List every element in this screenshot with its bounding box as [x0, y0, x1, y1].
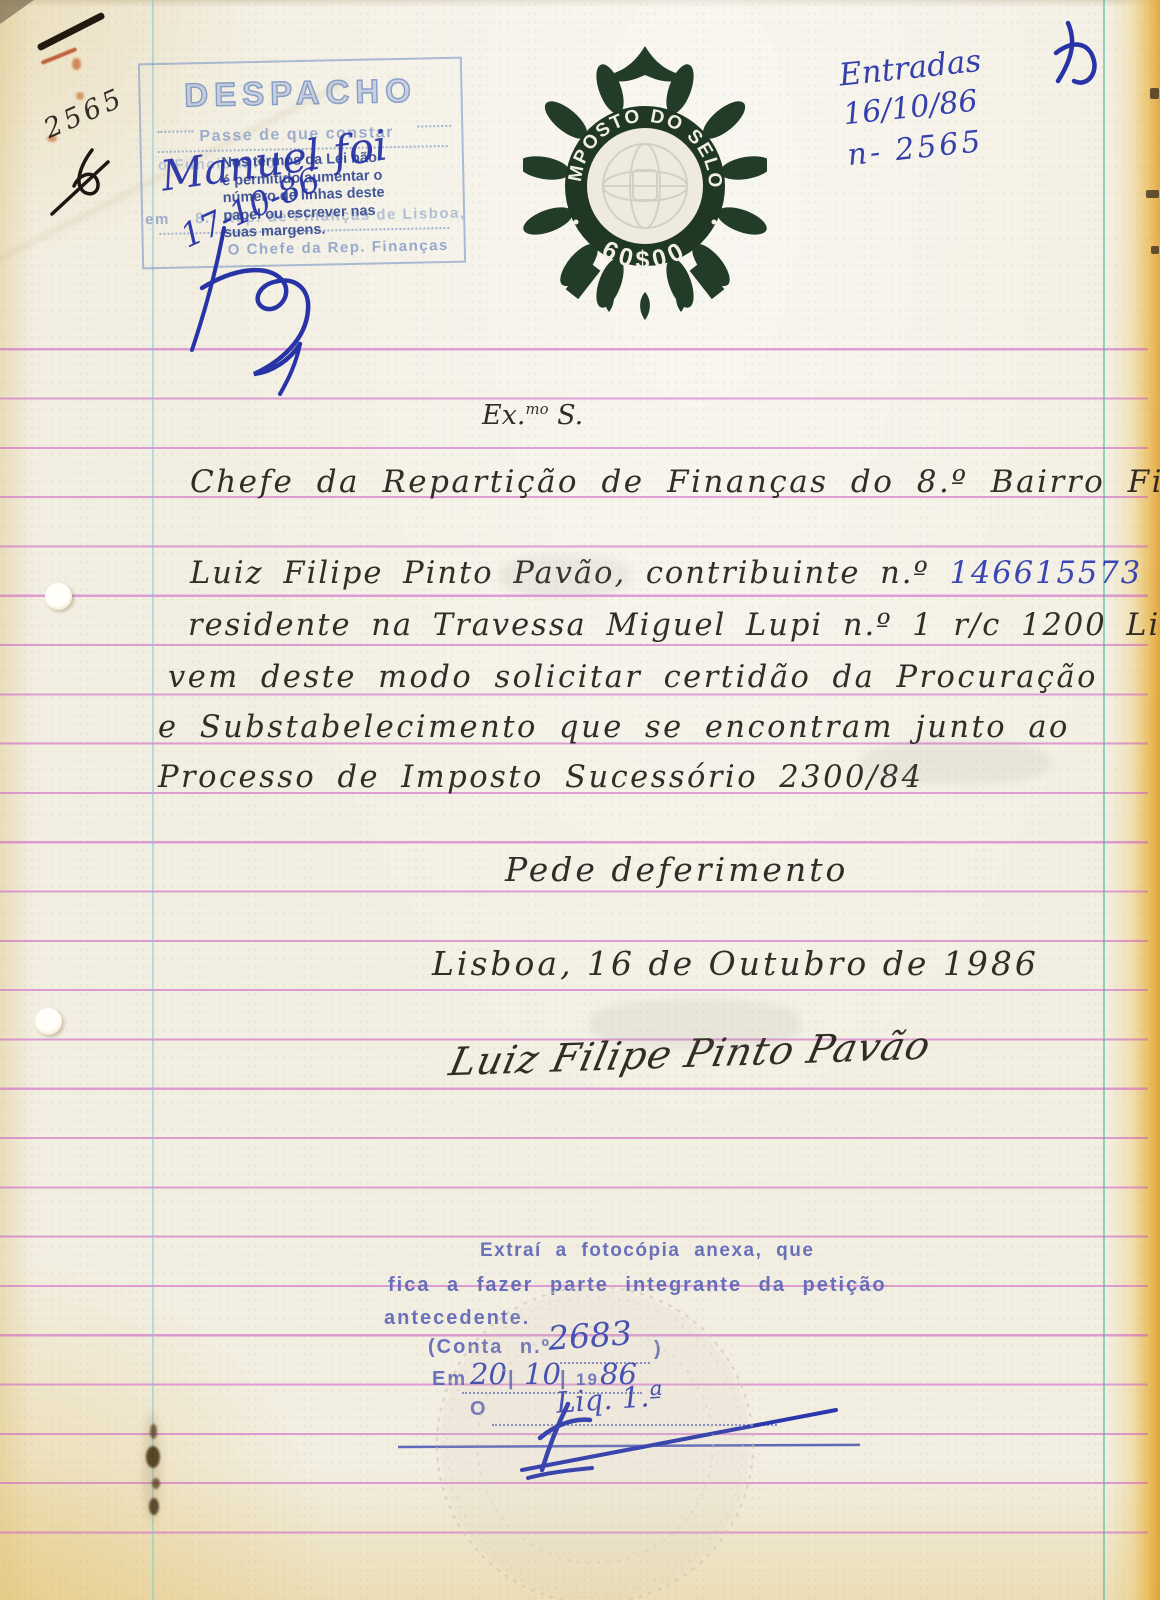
black-paraph-icon [44, 142, 126, 224]
taxpayer-number: 146615573 [949, 556, 1142, 591]
closing-line: Pede deferimento [505, 850, 848, 889]
salutation-sup: mo [526, 400, 549, 418]
despacho-title: DESPACHO [140, 71, 461, 116]
bleed-through [590, 1000, 800, 1048]
addressee-line: Chefe da Repartição de Finanças do 8.º B… [190, 464, 1160, 500]
despacho-em-label: em [145, 211, 170, 229]
corner-tear-shadow [0, 0, 34, 24]
registry-note: Entradas 16/10/86 n- 2565 [837, 43, 991, 173]
salutation-post: S. [549, 400, 584, 431]
right-margin-line [1103, 0, 1105, 1600]
registry-line3: n- 2565 [846, 123, 991, 173]
ink-stain [149, 1498, 159, 1515]
body-line-5: Processo de Imposto Sucessório 2300/84 [158, 760, 923, 795]
fastener-bar [36, 12, 105, 52]
body-line-3: vem deste modo solicitar certidão da Pro… [168, 660, 1098, 695]
punch-hole [35, 1008, 62, 1035]
body-line-1: Luiz Filipe Pinto Pavão, contribuinte n.… [190, 556, 1160, 591]
punch-hole [45, 583, 72, 610]
scanned-petition-page: 2565 DESPACHO Passe de que constar o Fun… [0, 0, 1160, 1600]
ink-stain [152, 1478, 160, 1489]
embossed-seal [430, 1280, 760, 1600]
bleed-through [500, 556, 630, 596]
ink-stain [146, 1446, 160, 1468]
body-line-2: residente na Travessa Miguel Lupi n.º 1 … [188, 608, 1160, 643]
body-line-4: e Substabelecimento que se encontram jun… [158, 710, 1070, 745]
rust-spot [72, 58, 81, 70]
dateline: Lisboa, 16 de Outubro de 1986 [432, 944, 1039, 983]
bleed-through [860, 742, 1050, 784]
tax-seal: IMPOSTO DO SELO 60$00 [523, 40, 767, 324]
salutation-pre: Ex. [482, 400, 526, 431]
certificate-line-1: Extraí a fotocópia anexa, que [480, 1240, 814, 1262]
ink-stain [150, 1424, 157, 1439]
edge-mark [1146, 190, 1159, 198]
salutation: Ex.mo S. [482, 400, 583, 431]
despacho-signature-flourish [176, 222, 366, 397]
edge-mark [1150, 88, 1159, 99]
edge-mark [1151, 246, 1159, 254]
body-line-1-comma: , [1142, 556, 1160, 591]
corner-entry-number: 2565 [39, 82, 129, 145]
corner-paraph-icon [1040, 15, 1115, 97]
